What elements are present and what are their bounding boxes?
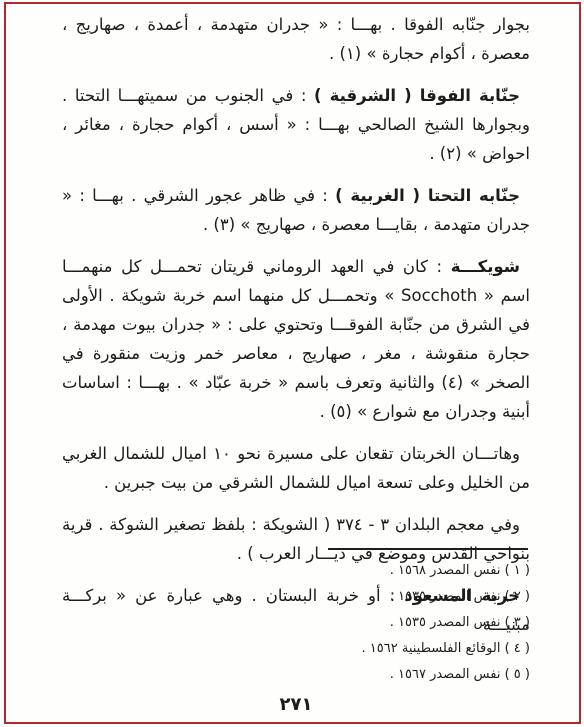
paragraph-entry-shuweika: شويكـــة : كان في العهد الروماني قريتان … xyxy=(62,252,530,426)
paragraph-text: بجوار جنّابه الفوقا . بهـــا : « جدران م… xyxy=(62,15,530,63)
footnote-2: ( ٢ ) نفس المصدر ١٥٣٥ . xyxy=(54,584,530,610)
footnote-4: ( ٤ ) الوقائع الفلسطينية ١٥٦٢ . xyxy=(54,636,530,662)
paragraph-text: وهاتـــان الخربتان تقعان على مسيرة نحو ١… xyxy=(62,444,530,492)
footnotes-section: ( ١ ) نفس المصدر ١٥٦٨ . ( ٢ ) نفس المصدر… xyxy=(54,548,530,688)
book-page: بجوار جنّابه الفوقا . بهـــا : « جدران م… xyxy=(0,0,584,727)
page-number: ٢٧١ xyxy=(62,694,530,715)
paragraph-distance-note: وهاتـــان الخربتان تقعان على مسيرة نحو ١… xyxy=(62,439,530,497)
footnote-3: ( ٣ ) نفس المصدر ١٥٣٥ . xyxy=(54,610,530,636)
footnote-separator-rule xyxy=(328,548,528,550)
paragraph-continuation: بجوار جنّابه الفوقا . بهـــا : « جدران م… xyxy=(62,10,530,68)
entry-heading: شويكـــة xyxy=(451,257,520,276)
footnote-5: ( ٥ ) نفس المصدر ١٥٦٧ . xyxy=(54,662,530,688)
paragraph-entry-jannaba-fuqa: جنّابة الفوقا ( الشرقية ) : في الجنوب من… xyxy=(62,81,530,168)
entry-heading: جنّابة الفوقا ( الشرقية ) xyxy=(314,86,520,105)
footnote-1: ( ١ ) نفس المصدر ١٥٦٨ . xyxy=(54,558,530,584)
entry-heading: جنّابه التحتا ( الغربية ) xyxy=(335,186,520,205)
paragraph-entry-jannaba-tahta: جنّابه التحتا ( الغربية ) : في ظاهر عجور… xyxy=(62,181,530,239)
paragraph-text: : كان في العهد الروماني قريتان تحمـــل ك… xyxy=(62,257,530,421)
